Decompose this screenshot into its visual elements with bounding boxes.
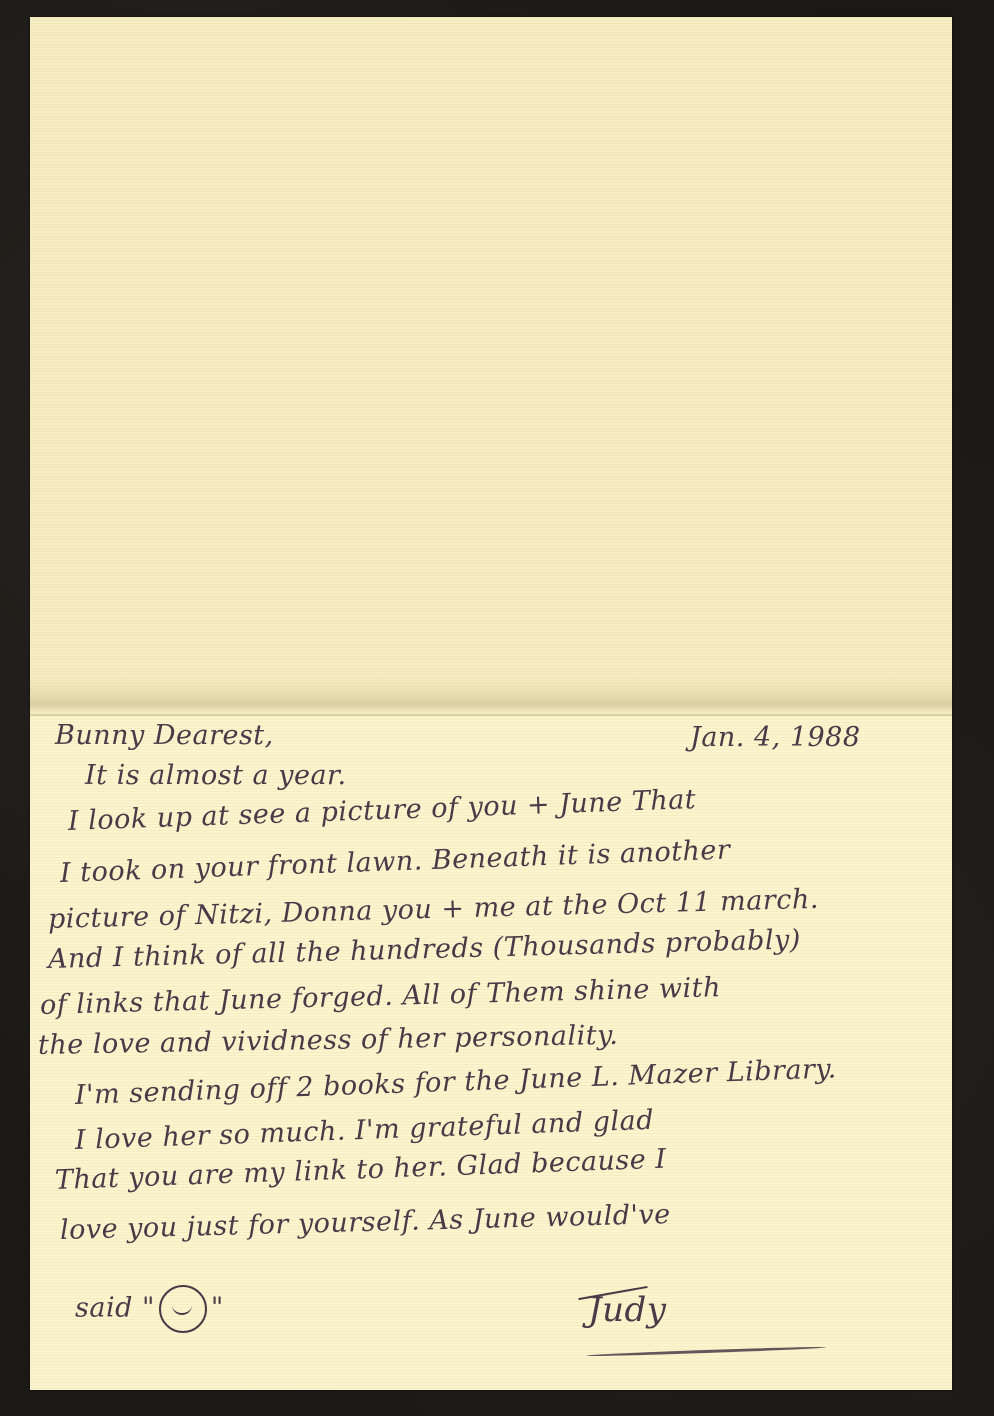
smiley-face-icon <box>159 1285 207 1333</box>
letter-line: It is almost a year. <box>85 760 347 791</box>
closing-quote: " <box>211 1293 224 1324</box>
letter-closing-line: said "" <box>75 1285 224 1333</box>
letter-signature: Judy <box>588 1290 667 1330</box>
letter-date: Jan. 4, 1988 <box>690 722 861 753</box>
card-fold-shadow <box>30 677 952 717</box>
letter-salutation: Bunny Dearest, <box>55 720 274 751</box>
closing-text: said " <box>75 1293 155 1324</box>
card-top-panel-blank <box>30 17 952 697</box>
